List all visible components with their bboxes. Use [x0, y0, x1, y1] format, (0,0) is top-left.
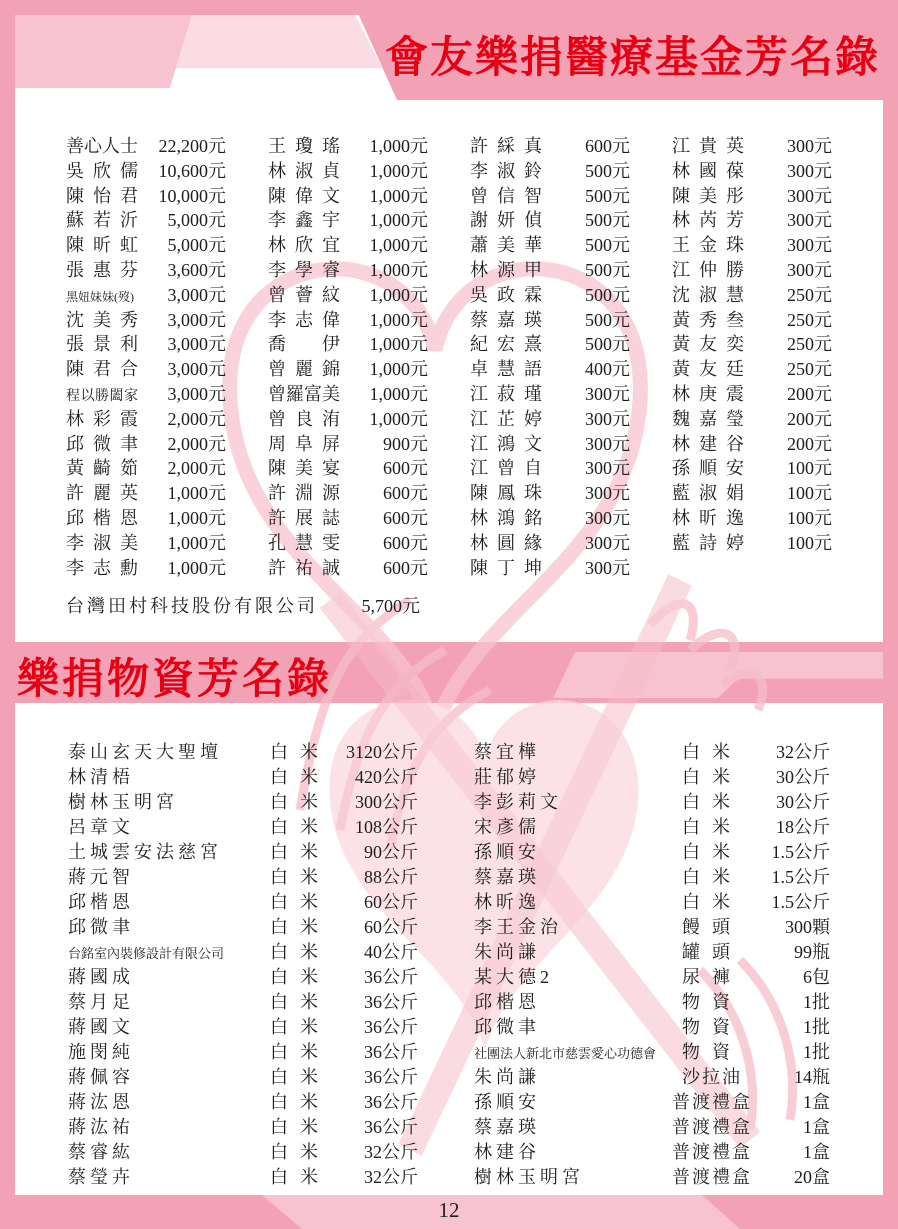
donor-name: 周阜屏: [268, 432, 340, 457]
donation-quantity: 1.5公斤: [758, 840, 830, 865]
donation-amount: 400元: [542, 357, 630, 382]
fund-row: 魏嘉瑩200元: [672, 407, 832, 432]
donor-name: 黃秀叁: [672, 308, 744, 333]
donation-amount: 300元: [542, 556, 630, 581]
donor-name: 曾良洧: [268, 407, 340, 432]
donor-name: 蘇若沂: [66, 208, 138, 233]
item-type: 白米: [254, 915, 346, 940]
donation-amount: 600元: [340, 506, 428, 531]
donation-amount: 2,000元: [138, 456, 226, 481]
donation-quantity: 36公斤: [346, 1065, 418, 1090]
donor-name: 林昕逸: [672, 506, 744, 531]
fund-row: 陳丁坤300元: [470, 556, 630, 581]
fund-row: 陳君合3,000元: [66, 357, 226, 382]
donation-quantity: 99瓶: [758, 940, 830, 965]
donor-name: 陳美彤: [672, 184, 744, 209]
fund-column-2: 王瓊瑤1,000元林淑貞1,000元陳偉文1,000元李鑫宇1,000元林欣宜1…: [268, 134, 428, 580]
fund-row: 沈美秀3,000元: [66, 308, 226, 333]
donor-name: 李王金治: [474, 915, 666, 940]
fund-row: 林圓緣300元: [470, 531, 630, 556]
donation-amount: 300元: [744, 134, 832, 159]
item-type: 饅頭: [666, 915, 758, 940]
fund-row: 陳美宴600元: [268, 456, 428, 481]
fund-row: 黃秀叁250元: [672, 308, 832, 333]
goods-row: 孫順安白米1.5公斤: [474, 840, 830, 865]
donation-amount: 300元: [542, 456, 630, 481]
donation-quantity: 1盒: [758, 1090, 830, 1115]
item-type: 白米: [254, 815, 346, 840]
donation-amount: 250元: [744, 308, 832, 333]
item-type: 罐頭: [666, 940, 758, 965]
donation-quantity: 1盒: [758, 1115, 830, 1140]
donor-name: 呂章文: [68, 815, 254, 840]
fund-row: 江貴英300元: [672, 134, 832, 159]
donor-name: 許祐誠: [268, 556, 340, 581]
fund-row: 李志偉1,000元: [268, 308, 428, 333]
fund-row: 江芷婷300元: [470, 407, 630, 432]
goods-donation-table: 泰山玄天大聖壇白米3120公斤林清梧白米420公斤樹林玉明宮白米300公斤呂章文…: [68, 740, 830, 1190]
donor-name: 蔡瑩卉: [68, 1165, 254, 1190]
goods-row: 施閔純白米36公斤: [68, 1040, 418, 1065]
fund-column-3: 許綵真600元李淑鈴500元曾信智500元謝妍偵500元蕭美華500元林源甲50…: [470, 134, 630, 580]
donor-name: 林淑貞: [268, 159, 340, 184]
top-light-ribbon: [170, 15, 396, 68]
donor-name: 陳偉文: [268, 184, 340, 209]
donor-name: 李淑鈴: [470, 159, 542, 184]
donor-name: 蔡嘉瑛: [474, 865, 666, 890]
donation-amount: 1,000元: [340, 159, 428, 184]
goods-row: 朱尚謙罐頭99瓶: [474, 940, 830, 965]
donor-name: 曾信智: [470, 184, 542, 209]
goods-row: 蔡嘉瑛白米1.5公斤: [474, 865, 830, 890]
donation-quantity: 1批: [758, 990, 830, 1015]
donation-amount: 250元: [744, 283, 832, 308]
donation-amount: 500元: [542, 159, 630, 184]
goods-row: 邱微聿物資1批: [474, 1015, 830, 1040]
donor-name: 林庚震: [672, 382, 744, 407]
donor-name: 某大德2: [474, 965, 666, 990]
donor-name: 陳昕虹: [66, 233, 138, 258]
donation-amount: 1,000元: [340, 308, 428, 333]
donation-quantity: 300公斤: [346, 790, 418, 815]
fund-row: 李志勳1,000元: [66, 556, 226, 581]
donation-amount: 2,000元: [138, 407, 226, 432]
donor-name: 林國葆: [672, 159, 744, 184]
fund-row: 吳欣儒10,600元: [66, 159, 226, 184]
goods-row: 蔣元智白米88公斤: [68, 865, 418, 890]
donation-amount: 1,000元: [340, 208, 428, 233]
item-type: 白米: [666, 815, 758, 840]
fund-row: 善心人士22,200元: [66, 134, 226, 159]
company-donation-row: 台灣田村科技股份有限公司 5,700元: [66, 593, 420, 619]
donation-amount: 1,000元: [340, 382, 428, 407]
goods-row: 蔡睿紘白米32公斤: [68, 1140, 418, 1165]
page-number: 12: [0, 1198, 898, 1223]
fund-row: 江菽瑾300元: [470, 382, 630, 407]
fund-row: 陳美彤300元: [672, 184, 832, 209]
item-type: 白米: [254, 890, 346, 915]
donor-name: 江曾自: [470, 456, 542, 481]
donor-name: 李志勳: [66, 556, 138, 581]
item-type: 白米: [254, 1115, 346, 1140]
goods-row: 樹林玉明宮普渡禮盒20盒: [474, 1165, 830, 1190]
donor-name: 蔡睿紘: [68, 1140, 254, 1165]
donation-amount: 500元: [542, 184, 630, 209]
donation-amount: 600元: [542, 134, 630, 159]
donation-amount: 1,000元: [138, 481, 226, 506]
fund-row: 江曾自300元: [470, 456, 630, 481]
donor-name: 林彩霞: [66, 407, 138, 432]
fund-row: 陳鳳珠300元: [470, 481, 630, 506]
fund-row: 陳昕虹5,000元: [66, 233, 226, 258]
donation-amount: 1,000元: [340, 184, 428, 209]
donation-amount: 3,000元: [138, 332, 226, 357]
donation-quantity: 88公斤: [346, 865, 418, 890]
fund-row: 林庚震200元: [672, 382, 832, 407]
item-type: 物資: [666, 1015, 758, 1040]
fund-row: 李淑鈴500元: [470, 159, 630, 184]
item-type: 白米: [254, 740, 346, 765]
donor-name: 蔡月足: [68, 990, 254, 1015]
goods-row: 蔣國文白米36公斤: [68, 1015, 418, 1040]
donation-quantity: 3120公斤: [346, 740, 418, 765]
item-type: 白米: [254, 1140, 346, 1165]
donation-amount: 500元: [542, 258, 630, 283]
donor-name: 蔣元智: [68, 865, 254, 890]
donation-quantity: 36公斤: [346, 965, 418, 990]
donor-name: 陳鳳珠: [470, 481, 542, 506]
donation-amount: 300元: [542, 407, 630, 432]
item-type: 白米: [666, 865, 758, 890]
donation-quantity: 40公斤: [346, 940, 418, 965]
donor-name: 李鑫宇: [268, 208, 340, 233]
fund-row: 林芮芳300元: [672, 208, 832, 233]
donation-amount: 600元: [340, 556, 428, 581]
donation-amount: 1,000元: [340, 258, 428, 283]
fund-row: 曾良洧1,000元: [268, 407, 428, 432]
donor-name: 邱微聿: [474, 1015, 666, 1040]
donor-name: 李淑美: [66, 531, 138, 556]
donation-amount: 1,000元: [340, 357, 428, 382]
goods-row: 蔣汯恩白米36公斤: [68, 1090, 418, 1115]
item-type: 普渡禮盒: [666, 1140, 758, 1165]
item-type: 白米: [254, 1065, 346, 1090]
donor-name: 邱楷恩: [68, 890, 254, 915]
goods-row: 蔣佩容白米36公斤: [68, 1065, 418, 1090]
donor-name: 邱微聿: [68, 915, 254, 940]
fund-row: 曾羅富美1,000元: [268, 382, 428, 407]
fund-row: 紀宏熹500元: [470, 332, 630, 357]
donation-amount: 100元: [744, 481, 832, 506]
donor-name: 曾羅富美: [268, 382, 340, 407]
item-type: 尿褲: [666, 965, 758, 990]
donation-quantity: 36公斤: [346, 1115, 418, 1140]
donor-name: 蔣汯恩: [68, 1090, 254, 1115]
donor-name: 黑妞妹妹(歿): [66, 285, 138, 310]
goods-row: 樹林玉明宮白米300公斤: [68, 790, 418, 815]
fund-row: 黑妞妹妹(歿)3,000元: [66, 283, 226, 308]
donation-amount: 500元: [542, 308, 630, 333]
goods-row: 朱尚謙沙拉油14瓶: [474, 1065, 830, 1090]
item-type: 白米: [666, 765, 758, 790]
donor-name: 孔慧雯: [268, 531, 340, 556]
item-type: 白米: [666, 890, 758, 915]
donation-quantity: 6包: [758, 965, 830, 990]
fund-row: 張惠芬3,600元: [66, 258, 226, 283]
fund-row: 蘇若沂5,000元: [66, 208, 226, 233]
fund-row: 卓慧語400元: [470, 357, 630, 382]
donor-name: 陳美宴: [268, 456, 340, 481]
fund-row: 許祐誠600元: [268, 556, 428, 581]
donation-amount: 600元: [340, 531, 428, 556]
donor-name: 沈淑慧: [672, 283, 744, 308]
donor-name: 蔡嘉瑛: [470, 308, 542, 333]
donation-amount: 1,000元: [340, 233, 428, 258]
donation-quantity: 60公斤: [346, 890, 418, 915]
item-type: 白米: [254, 790, 346, 815]
goods-row: 李王金治饅頭300顆: [474, 915, 830, 940]
donation-amount: 1,000元: [340, 283, 428, 308]
donor-name: 邱楷恩: [66, 506, 138, 531]
donation-roster-page: 會友樂捐醫療基金芳名錄 樂捐物資芳名錄 善心人士22,200元吳欣儒10,600…: [0, 0, 898, 1229]
donation-amount: 200元: [744, 407, 832, 432]
donor-name: 施閔純: [68, 1040, 254, 1065]
donation-quantity: 18公斤: [758, 815, 830, 840]
fund-row: 林源甲500元: [470, 258, 630, 283]
donation-quantity: 90公斤: [346, 840, 418, 865]
donor-name: 陳怡君: [66, 184, 138, 209]
donor-name: 喬伊: [268, 332, 340, 357]
donor-name: 王瓊瑤: [268, 134, 340, 159]
donation-quantity: 32公斤: [346, 1165, 418, 1190]
donor-name: 善心人士: [66, 134, 138, 159]
goods-row: 李彭莉文白米30公斤: [474, 790, 830, 815]
donation-quantity: 1批: [758, 1040, 830, 1065]
donor-name: 孫順安: [474, 1090, 666, 1115]
donor-name: 蔣汯祐: [68, 1115, 254, 1140]
donor-name: 孫順安: [474, 840, 666, 865]
donor-name: 黃友廷: [672, 357, 744, 382]
fund-row: 喬伊1,000元: [268, 332, 428, 357]
donor-name: 江芷婷: [470, 407, 542, 432]
donor-name: 魏嘉瑩: [672, 407, 744, 432]
goods-row: 泰山玄天大聖壇白米3120公斤: [68, 740, 418, 765]
donation-amount: 300元: [744, 184, 832, 209]
fund-row: 林國葆300元: [672, 159, 832, 184]
donation-amount: 100元: [744, 531, 832, 556]
fund-row: 陳偉文1,000元: [268, 184, 428, 209]
item-type: 沙拉油: [666, 1065, 758, 1090]
donation-amount: 500元: [542, 233, 630, 258]
fund-row: 邱微聿2,000元: [66, 432, 226, 457]
donation-amount: 22,200元: [138, 134, 226, 159]
fund-row: 王瓊瑤1,000元: [268, 134, 428, 159]
donation-quantity: 1.5公斤: [758, 865, 830, 890]
donation-amount: 500元: [542, 208, 630, 233]
donation-quantity: 36公斤: [346, 1015, 418, 1040]
donor-name: 江貴英: [672, 134, 744, 159]
donor-name: 林鴻銘: [470, 506, 542, 531]
goods-column-2: 蔡宜樺白米32公斤莊郁婷白米30公斤李彭莉文白米30公斤宋彥儒白米18公斤孫順安…: [474, 740, 830, 1190]
donation-amount: 100元: [744, 506, 832, 531]
donation-quantity: 420公斤: [346, 765, 418, 790]
donation-amount: 300元: [744, 258, 832, 283]
donor-name: 朱尚謙: [474, 940, 666, 965]
donation-amount: 250元: [744, 332, 832, 357]
fund-row: 林淑貞1,000元: [268, 159, 428, 184]
donor-name: 土城雲安法慈宮: [68, 840, 254, 865]
donor-name: 邱楷恩: [474, 990, 666, 1015]
donor-name: 黃友奕: [672, 332, 744, 357]
donor-name: 張景利: [66, 332, 138, 357]
fund-row: 曾薈紋1,000元: [268, 283, 428, 308]
fund-row: 邱楷恩1,000元: [66, 506, 226, 531]
donation-amount: 5,000元: [138, 208, 226, 233]
donor-name: 泰山玄天大聖壇: [68, 740, 254, 765]
goods-row: 孫順安普渡禮盒1盒: [474, 1090, 830, 1115]
donation-quantity: 36公斤: [346, 990, 418, 1015]
fund-row: 張景利3,000元: [66, 332, 226, 357]
donation-quantity: 1盒: [758, 1140, 830, 1165]
fund-row: 孔慧雯600元: [268, 531, 428, 556]
donation-quantity: 300顆: [758, 915, 830, 940]
donation-amount: 200元: [744, 382, 832, 407]
goods-row: 某大德2尿褲6包: [474, 965, 830, 990]
goods-row: 蔡嘉瑛普渡禮盒1盒: [474, 1115, 830, 1140]
donation-quantity: 20盒: [758, 1165, 830, 1190]
fund-row: 江鴻文300元: [470, 432, 630, 457]
donation-quantity: 30公斤: [758, 790, 830, 815]
donor-name: 張惠芬: [66, 258, 138, 283]
fund-row: 許綵真600元: [470, 134, 630, 159]
donor-name: 藍詩婷: [672, 531, 744, 556]
donor-name: 樹林玉明宮: [68, 790, 254, 815]
donation-amount: 500元: [542, 283, 630, 308]
donation-quantity: 32公斤: [346, 1140, 418, 1165]
donation-quantity: 1批: [758, 1015, 830, 1040]
goods-column-1: 泰山玄天大聖壇白米3120公斤林清梧白米420公斤樹林玉明宮白米300公斤呂章文…: [68, 740, 418, 1190]
donor-name: 沈美秀: [66, 308, 138, 333]
donation-amount: 200元: [744, 432, 832, 457]
top-left-pink-band: [15, 15, 192, 88]
goods-row: 社團法人新北市慈雲愛心功德會物資1批: [474, 1040, 830, 1065]
donor-name: 林欣宜: [268, 233, 340, 258]
donor-name: 曾薈紋: [268, 283, 340, 308]
donation-amount: 1,000元: [138, 506, 226, 531]
item-type: 白米: [254, 865, 346, 890]
donor-name: 樹林玉明宮: [474, 1165, 666, 1190]
goods-row: 邱微聿白米60公斤: [68, 915, 418, 940]
donor-name: 李志偉: [268, 308, 340, 333]
item-type: 白米: [254, 990, 346, 1015]
donation-quantity: 32公斤: [758, 740, 830, 765]
donor-name: 黃齮筎: [66, 456, 138, 481]
goods-row: 宋彥儒白米18公斤: [474, 815, 830, 840]
donation-amount: 600元: [340, 456, 428, 481]
donor-name: 許麗英: [66, 481, 138, 506]
donor-name: 紀宏熹: [470, 332, 542, 357]
donor-name: 許綵真: [470, 134, 542, 159]
goods-row: 蔣汯祐白米36公斤: [68, 1115, 418, 1140]
donation-amount: 1,000元: [138, 531, 226, 556]
item-type: 白米: [254, 1015, 346, 1040]
donation-amount: 3,000元: [138, 283, 226, 308]
goods-row: 蔡月足白米36公斤: [68, 990, 418, 1015]
donor-name: 莊郁婷: [474, 765, 666, 790]
goods-row: 邱楷恩物資1批: [474, 990, 830, 1015]
fund-row: 林建谷200元: [672, 432, 832, 457]
donation-amount: 3,000元: [138, 308, 226, 333]
fund-row: 王金珠300元: [672, 233, 832, 258]
fund-column-1: 善心人士22,200元吳欣儒10,600元陳怡君10,000元蘇若沂5,000元…: [66, 134, 226, 580]
donor-name: 蔡嘉瑛: [474, 1115, 666, 1140]
item-type: 白米: [254, 940, 346, 965]
donor-name: 曾麗錦: [268, 357, 340, 382]
goods-row: 林清梧白米420公斤: [68, 765, 418, 790]
company-donation-amount: 5,700元: [318, 593, 420, 619]
donor-name: 許展誌: [268, 506, 340, 531]
donation-amount: 300元: [744, 159, 832, 184]
donation-amount: 600元: [340, 481, 428, 506]
fund-row: 黃齮筎2,000元: [66, 456, 226, 481]
fund-row: 程以勝闔家3,000元: [66, 382, 226, 407]
fund-row: 藍淑娟100元: [672, 481, 832, 506]
fund-row: 許展誌600元: [268, 506, 428, 531]
donation-amount: 300元: [744, 208, 832, 233]
donor-name: 蔣佩容: [68, 1065, 254, 1090]
donor-name: 朱尚謙: [474, 1065, 666, 1090]
donation-amount: 3,600元: [138, 258, 226, 283]
item-type: 白米: [666, 840, 758, 865]
donor-name: 江菽瑾: [470, 382, 542, 407]
goods-row: 邱楷恩白米60公斤: [68, 890, 418, 915]
donor-name: 林圓緣: [470, 531, 542, 556]
fund-row: 許淵源600元: [268, 481, 428, 506]
donation-amount: 900元: [340, 432, 428, 457]
fund-row: 李鑫宇1,000元: [268, 208, 428, 233]
donor-name: 吳政霖: [470, 283, 542, 308]
donor-name: 林建谷: [672, 432, 744, 457]
donation-amount: 300元: [542, 531, 630, 556]
donor-name: 宋彥儒: [474, 815, 666, 840]
donor-name: 林清梧: [68, 765, 254, 790]
fund-row: 吳政霖500元: [470, 283, 630, 308]
donation-amount: 500元: [542, 332, 630, 357]
item-type: 白米: [254, 965, 346, 990]
item-type: 物資: [666, 990, 758, 1015]
fund-row: 黃友奕250元: [672, 332, 832, 357]
goods-row: 莊郁婷白米30公斤: [474, 765, 830, 790]
donor-name: 許淵源: [268, 481, 340, 506]
donor-name: 蔡宜樺: [474, 740, 666, 765]
fund-section-title: 會友樂捐醫療基金芳名錄: [385, 24, 880, 85]
item-type: 白米: [666, 740, 758, 765]
item-type: 白米: [254, 1165, 346, 1190]
fund-row: 謝妍偵500元: [470, 208, 630, 233]
donor-name: 邱微聿: [66, 432, 138, 457]
donation-amount: 1,000元: [340, 134, 428, 159]
goods-row: 林建谷普渡禮盒1盒: [474, 1140, 830, 1165]
donor-name: 孫順安: [672, 456, 744, 481]
donation-amount: 1,000元: [138, 556, 226, 581]
donor-name: 陳丁坤: [470, 556, 542, 581]
donation-amount: 300元: [542, 506, 630, 531]
donor-name: 吳欣儒: [66, 159, 138, 184]
donation-amount: 3,000元: [138, 357, 226, 382]
fund-row: 李學睿1,000元: [268, 258, 428, 283]
fund-row: 林鴻銘300元: [470, 506, 630, 531]
item-type: 白米: [254, 765, 346, 790]
